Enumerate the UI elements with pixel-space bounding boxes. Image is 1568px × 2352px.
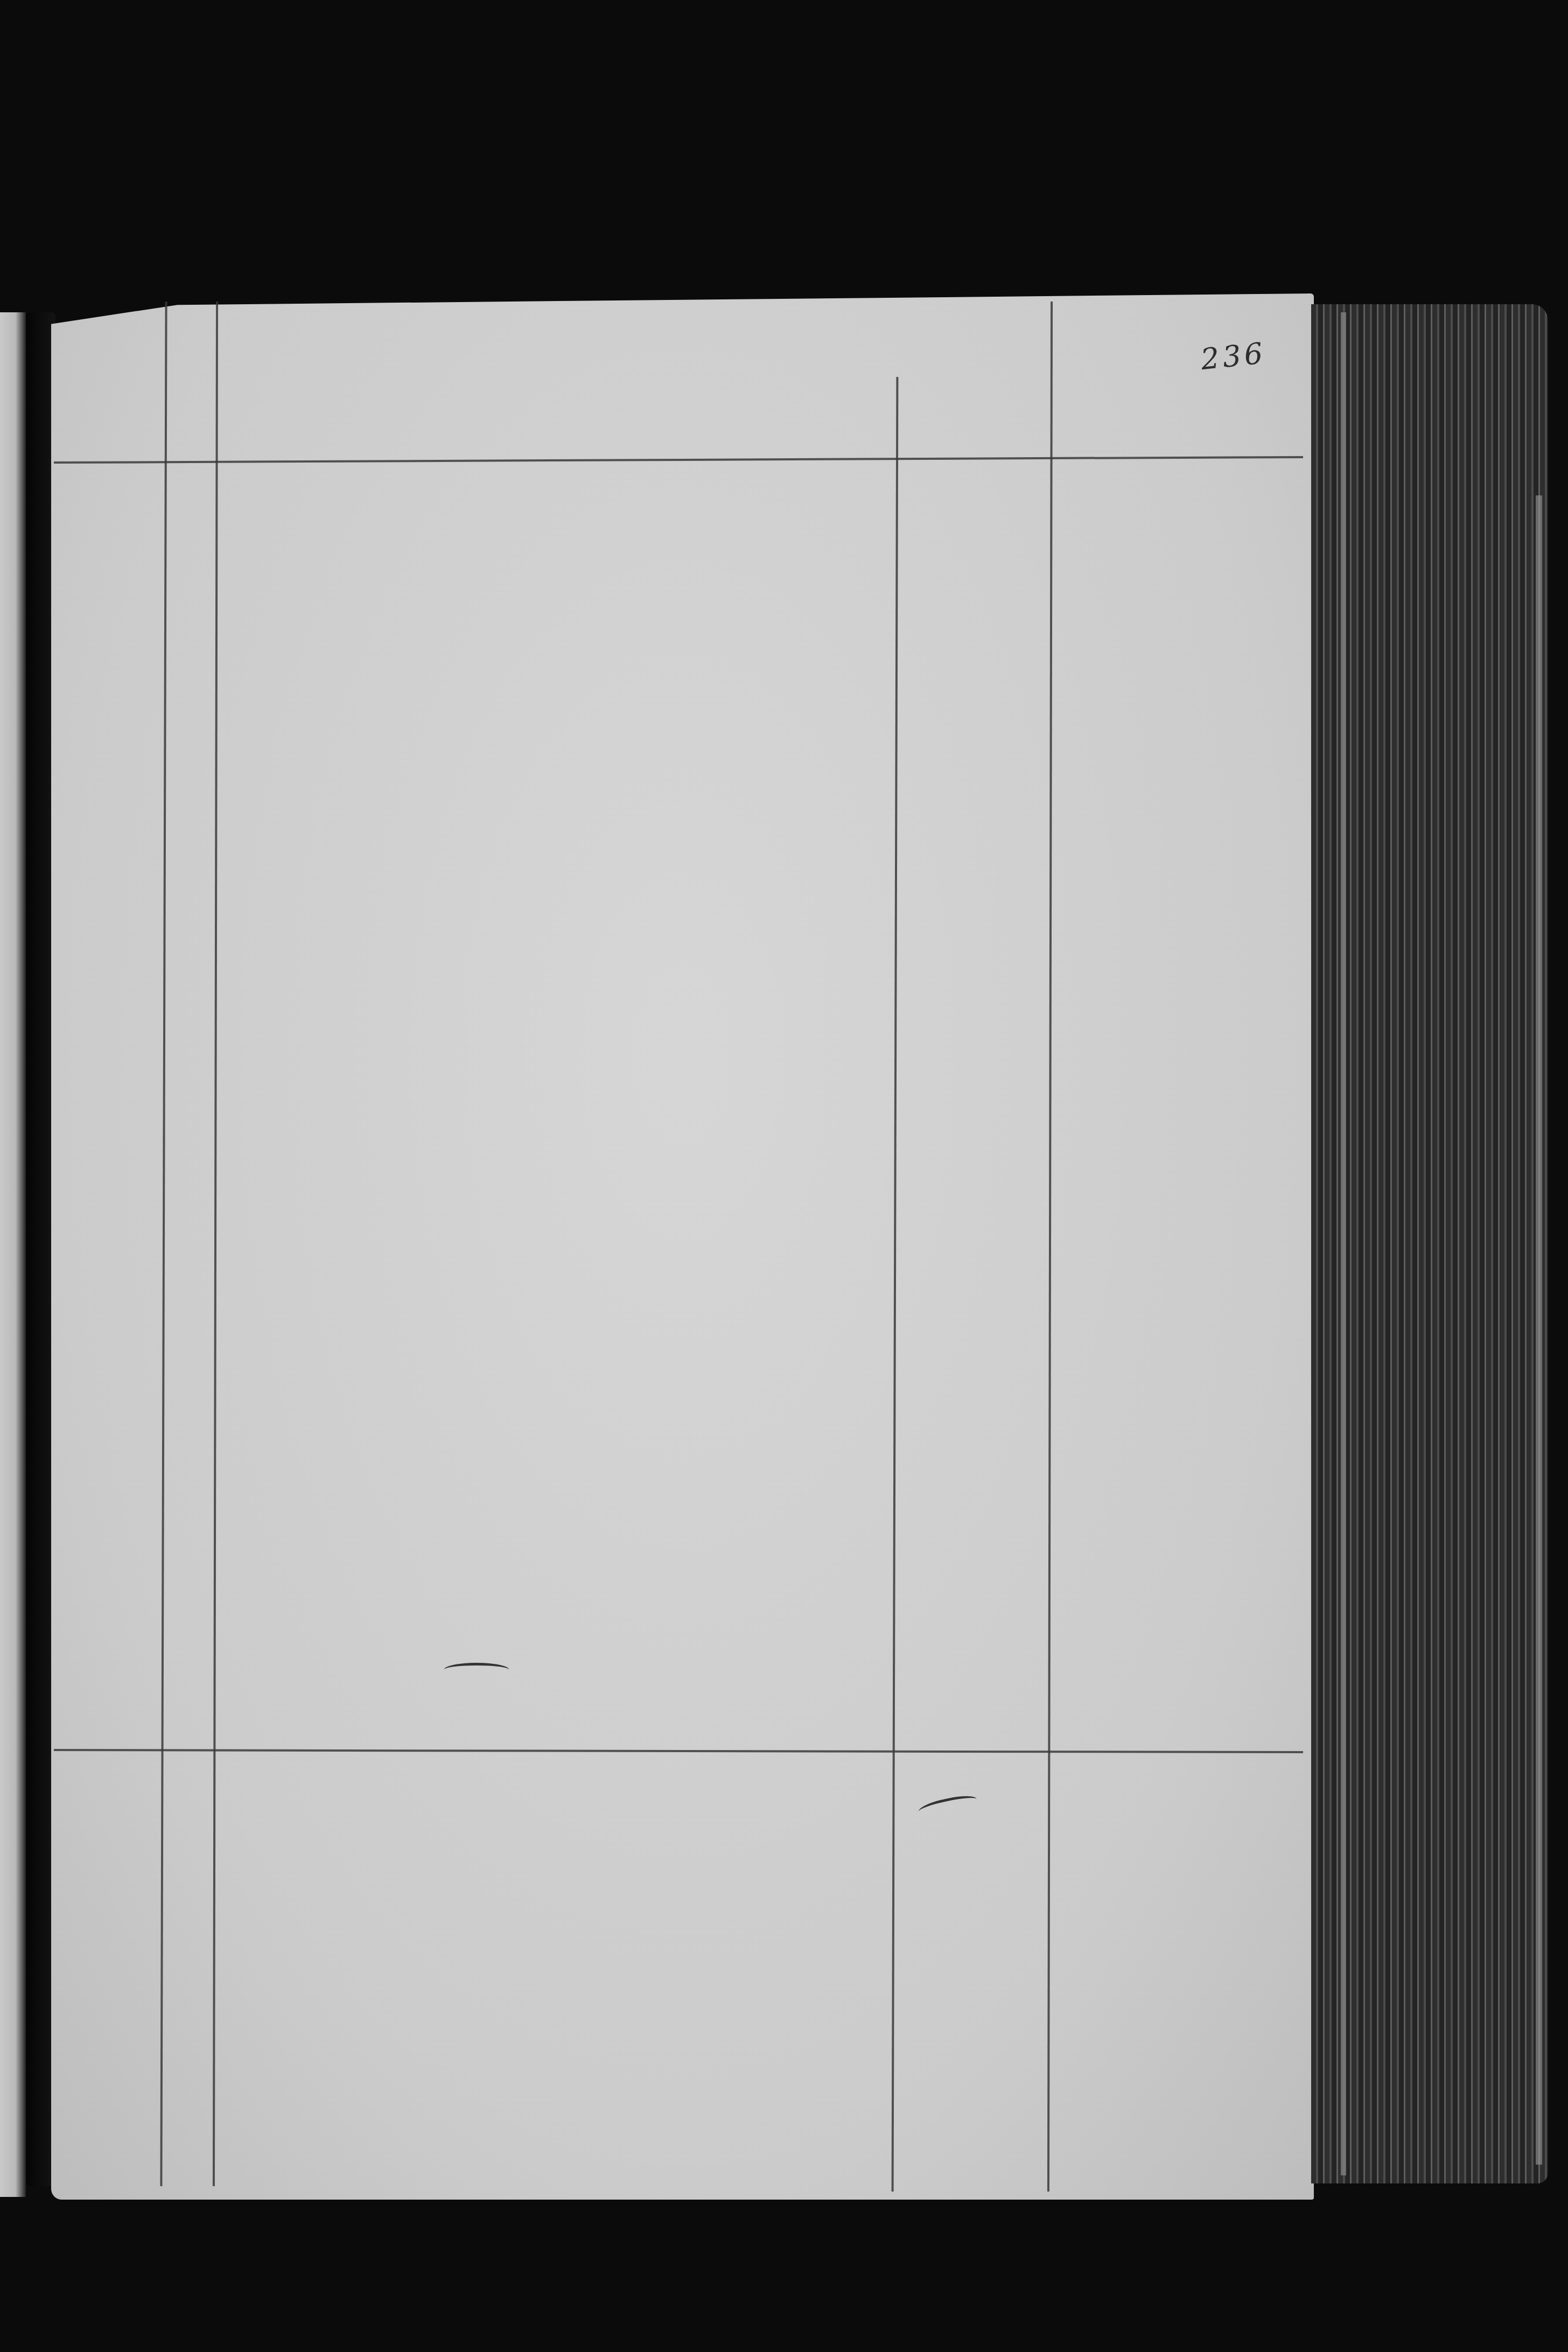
scan-background: 236 <box>0 0 1568 2352</box>
stray-fiber <box>444 1663 509 1676</box>
page-number: 236 <box>1199 336 1268 376</box>
fore-edge-highlight <box>1536 495 1542 2165</box>
fore-edge-highlight <box>1341 312 1346 2175</box>
facing-page-edge <box>0 312 26 2197</box>
ledger-page <box>51 293 1314 2200</box>
book-gutter <box>26 312 55 2186</box>
book-fore-edge <box>1311 304 1548 2183</box>
